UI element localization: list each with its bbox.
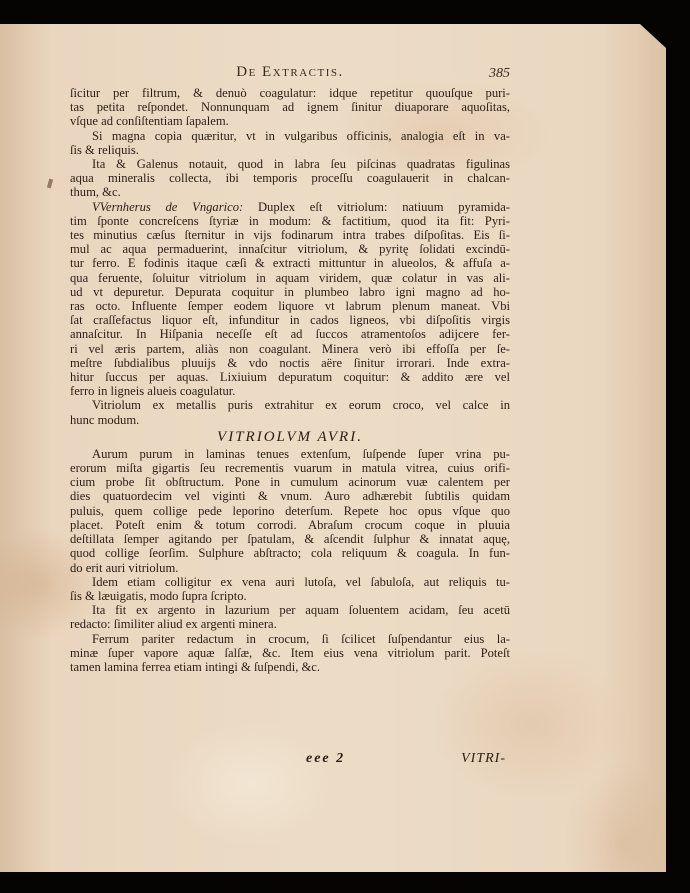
cited-author: VVernherus de Vngarico: xyxy=(92,200,243,214)
text-line: ſis & reliquis. xyxy=(70,143,510,157)
text-line: Ferrum pariter redactum in crocum, ſi ſc… xyxy=(70,632,510,646)
text-line: tes minutius cæſus ſternitur in vijs fod… xyxy=(70,228,510,242)
text-line: minæ ſuper vapore aquæ ſalſæ, &c. Item e… xyxy=(70,646,510,660)
text-line: tas petita reſpondet. Nonnunquam ad igne… xyxy=(70,100,510,114)
page-number: 385 xyxy=(489,66,510,82)
text-line: hunc modum. xyxy=(70,413,510,427)
paragraph: Vitriolum ex metallis puris extrahitur e… xyxy=(70,398,510,426)
text-line: Aurum purum in laminas tenues extenſum, … xyxy=(70,447,510,461)
page-footer: eee 2 VITRI- xyxy=(70,751,510,769)
text-line: redacto: ſimiliter aliud ex argenti mine… xyxy=(70,617,510,631)
text-line: VVernherus de Vngarico: Duplex eſt vitri… xyxy=(70,200,510,214)
paragraph: Ita fit ex argento in lazurium per aquam… xyxy=(70,603,510,631)
text-line: do erit auri vitriolum. xyxy=(70,561,510,575)
text-line: ud vt depuretur. Depurata coquitur in pl… xyxy=(70,285,510,299)
text-line: deſtillata ſemper agitando per ſpatulam,… xyxy=(70,532,510,546)
text-line: meſtre ſubdialibus pluuijs & vdo noctis … xyxy=(70,356,510,370)
paragraph: ſicitur per filtrum, & denuò coagulatur:… xyxy=(70,86,510,129)
text-line: erorum miſta gigartis ſeu recrementis vu… xyxy=(70,461,510,475)
text-line: tamen lamina ferrea etiam intingi & ſuſp… xyxy=(70,660,510,674)
text-line: tim ſponte concreſcens ſtyriæ in modum: … xyxy=(70,214,510,228)
text-line: ri vel æris partem, aliàs non coagulant.… xyxy=(70,342,510,356)
text-line: tur ferro. E fodinis itaque cæſi & extra… xyxy=(70,256,510,270)
text-line: Ita & Galenus notauit, quod in labra ſeu… xyxy=(70,157,510,171)
text-block: De Extractis. 385 ſicitur per filtrum, &… xyxy=(70,24,510,872)
text-line: quod collige ſeorſim. Sulphure abſtracto… xyxy=(70,546,510,560)
catchword: VITRI- xyxy=(461,751,506,767)
paragraph: Idem etiam colligitur ex vena auri lutoſ… xyxy=(70,575,510,603)
text-line: Idem etiam colligitur ex vena auri lutoſ… xyxy=(70,575,510,589)
paragraph: VVernherus de Vngarico: Duplex eſt vitri… xyxy=(70,200,510,399)
text-line: puluis, quem collige pede leporino deter… xyxy=(70,504,510,518)
text-line: qua feruente, ſoluitur vitriolum in aqua… xyxy=(70,271,510,285)
text-line: Ita fit ex argento in lazurium per aquam… xyxy=(70,603,510,617)
text-line: ſat craſſefactus liquor eſt, infunditur … xyxy=(70,313,510,327)
text-line: Vitriolum ex metallis puris extrahitur e… xyxy=(70,398,510,412)
margin-ink-mark xyxy=(47,179,53,189)
paragraph: Si magna copia quæritur, vt in vulgaribu… xyxy=(70,129,510,157)
text-line: hitur ſuccus per aquas. Lixiuium depurat… xyxy=(70,370,510,384)
running-head: De Extractis. xyxy=(70,64,510,81)
section-title: VITRIOLVM AVRI. xyxy=(70,429,510,445)
text-line: placet. Poteſt enim & totum corrodi. Abr… xyxy=(70,518,510,532)
text-line: cium probe ſit obſtructum. Pone in cumul… xyxy=(70,475,510,489)
text-line: vſque ad conſiſtentiam ſapalem. xyxy=(70,114,510,128)
paragraph: Ferrum pariter redactum in crocum, ſi ſc… xyxy=(70,632,510,675)
text-line: dies quatuordecim vel viginti & vnum. Au… xyxy=(70,489,510,503)
text-line: Si magna copia quæritur, vt in vulgaribu… xyxy=(70,129,510,143)
scanned-book-page: De Extractis. 385 ſicitur per filtrum, &… xyxy=(0,24,666,872)
text-line: aqua mineralis collecta, ibi temporis pr… xyxy=(70,171,510,185)
paragraph: Aurum purum in laminas tenues extenſum, … xyxy=(70,447,510,575)
paragraph: Ita & Galenus notauit, quod in labra ſeu… xyxy=(70,157,510,200)
text-fragment: Duplex eſt vitriolum: natiuum pyramida- xyxy=(243,200,510,214)
text-line: ras octo. Influente ſemper eodem liquore… xyxy=(70,299,510,313)
text-line: ferro in ligneis alueis coagulatur. xyxy=(70,384,510,398)
text-line: mul ac aqua permaduerint, innaſcitur vit… xyxy=(70,242,510,256)
signature-mark: eee 2 xyxy=(306,751,345,767)
body-text: ſicitur per filtrum, & denuò coagulatur:… xyxy=(70,86,510,674)
text-line: annaſcitur. In Hiſpania neceſſe eſt ad ſ… xyxy=(70,327,510,341)
text-line: ſis & læuigatis, modo ſupra ſcripto. xyxy=(70,589,510,603)
text-line: thum, &c. xyxy=(70,185,510,199)
text-line: ſicitur per filtrum, & denuò coagulatur:… xyxy=(70,86,510,100)
